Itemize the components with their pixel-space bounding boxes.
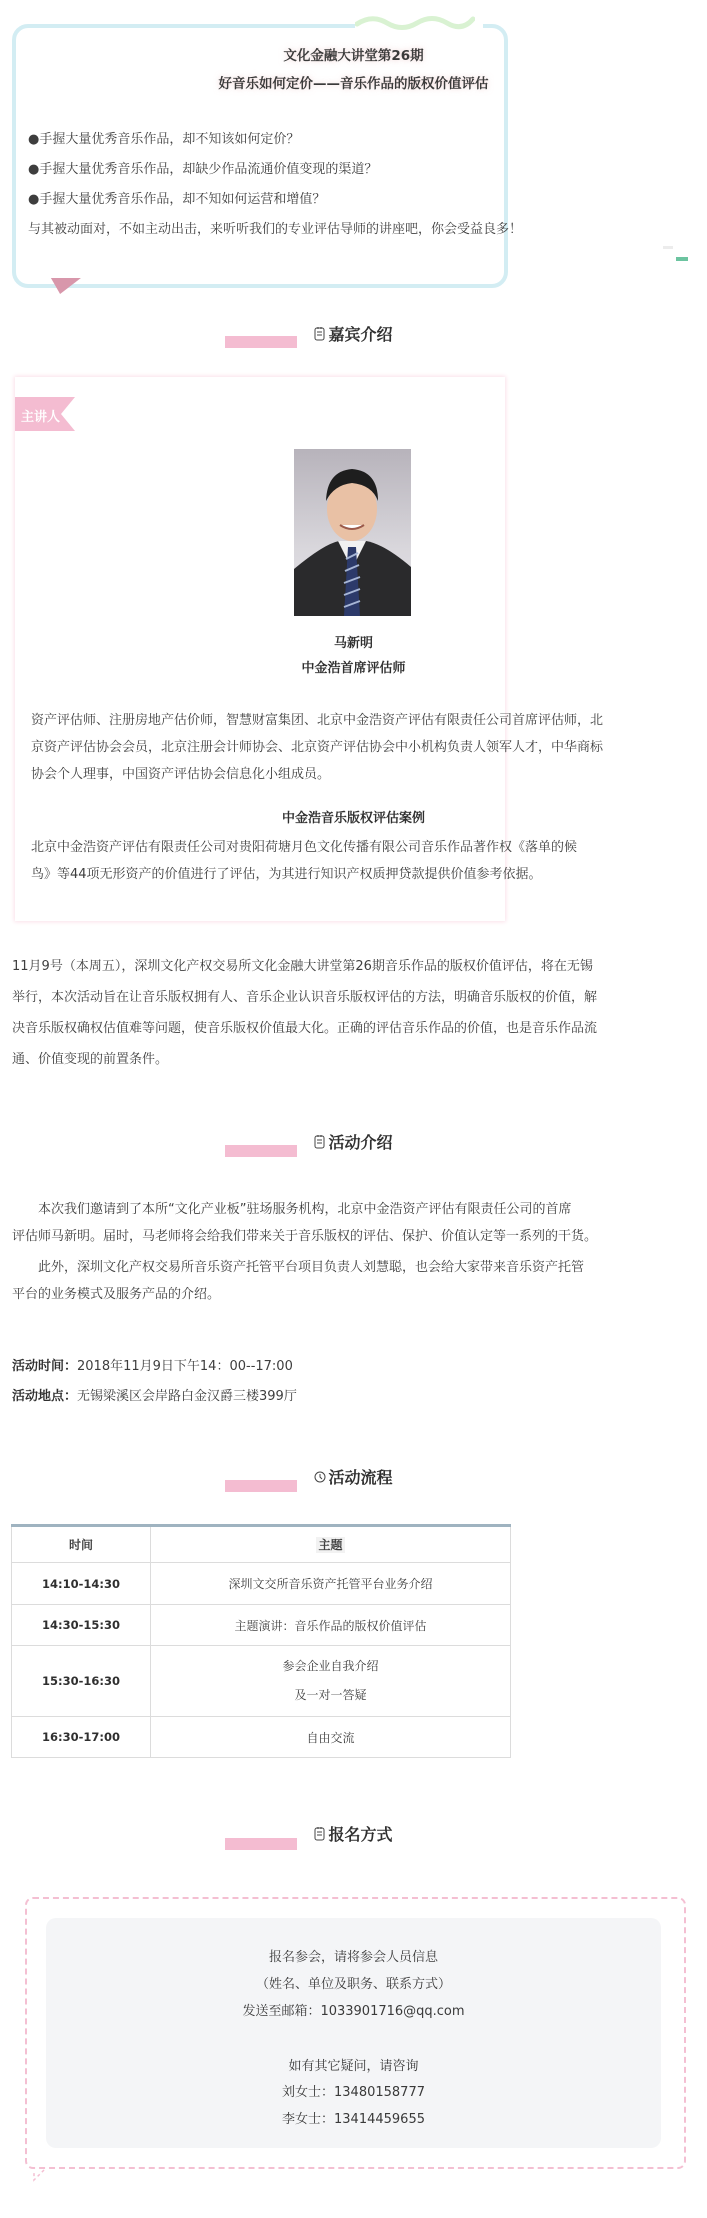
notepad-icon (314, 326, 326, 342)
case-line: 北京中金浩资产评估有限责任公司对贵阳荷塘月色文化传播有限公司音乐作品著作权《落单… (31, 834, 577, 861)
clock-icon (314, 1469, 326, 1485)
heading-highlight (225, 1838, 297, 1850)
summary-line: 11月9号（本周五），深圳文化产权交易所文化金融大讲堂第26期音乐作品的版权价值… (12, 951, 597, 982)
activity-line: 平台的业务模式及服务产品的介绍。 (12, 1281, 584, 1308)
activity-time-value: 2018年11月9日下午14：00--17:00 (77, 1359, 293, 1374)
time-cell: 14:10-14:30 (12, 1563, 151, 1605)
heading-highlight (225, 1480, 297, 1492)
activity-line: 本次我们邀请到了本所“文化产业板”驻场服务机构，北京中金浩资产评估有限责任公司的… (12, 1196, 597, 1223)
case-line: 鸟》等44项无形资产的价值进行了评估，为其进行知识产权质押贷款提供价值参考依据。 (31, 861, 577, 888)
intro-closing: 与其被动面对，不如主动出击，来听听我们的专业评估导师的讲座吧，你会受益良多！ (28, 218, 522, 237)
table-row: 15:30-16:30 参会企业自我介绍 及一对一答疑 (12, 1646, 511, 1717)
decor-dash (676, 257, 688, 261)
speaker-position: 中金浩首席评估师 (0, 657, 707, 676)
column-header-time: 时间 (12, 1526, 151, 1563)
schedule-table: 时间 主题 14:10-14:30 深圳文交所音乐资产托管平台业务介绍 14:3… (11, 1524, 511, 1758)
speaker-tag-label: 主讲人 (21, 406, 60, 425)
case-description: 北京中金浩资产评估有限责任公司对贵阳荷塘月色文化传播有限公司音乐作品著作权《落单… (31, 834, 577, 888)
activity-intro-2: 此外，深圳文化产权交易所音乐资产托管平台项目负责人刘慧聪，也会给大家带来音乐资产… (12, 1254, 584, 1308)
notepad-icon (314, 1826, 326, 1842)
summary-line: 决音乐版权确权估值难等问题，使音乐版权价值最大化。正确的评估音乐作品的价值，也是… (12, 1013, 597, 1044)
section-heading-schedule: 活动流程 (0, 1465, 707, 1495)
section-heading-guest: 嘉宾介绍 (0, 322, 707, 352)
table-row: 16:30-17:00 自由交流 (12, 1717, 511, 1758)
summary-line: 举行，本次活动旨在让音乐版权拥有人、音乐企业认识音乐版权评估的方法，明确音乐版权… (12, 982, 597, 1013)
column-header-topic: 主题 (151, 1526, 511, 1563)
section-title: 报名方式 (328, 1822, 392, 1845)
activity-line: 此外，深圳文化产权交易所音乐资产托管平台项目负责人刘慧聪，也会给大家带来音乐资产… (12, 1254, 584, 1281)
activity-place: 活动地点：无锡梁溪区会岸路白金汉爵三楼399厅 (12, 1385, 297, 1404)
registration-fields: （姓名、单位及职务、联系方式） (0, 1973, 707, 1992)
speaker-tag: 主讲人 (15, 397, 75, 431)
heading-highlight (225, 1145, 297, 1157)
wave-decoration-icon (355, 14, 475, 32)
intro-bullet: ●手握大量优秀音乐作品，却不知该如何定价？ (28, 128, 299, 147)
table-header-row: 时间 主题 (12, 1526, 511, 1563)
registration-instruction: 报名参会，请将参会人员信息 (0, 1946, 707, 1965)
event-series-title: 文化金融大讲堂第26期 (0, 44, 707, 64)
topic-cell: 深圳文交所音乐资产托管平台业务介绍 (151, 1563, 511, 1605)
table-row: 14:30-15:30 主题演讲：音乐作品的版权价值评估 (12, 1605, 511, 1646)
topic-cell: 主题演讲：音乐作品的版权价值评估 (151, 1605, 511, 1646)
time-cell: 16:30-17:00 (12, 1717, 151, 1758)
activity-time: 活动时间：2018年11月9日下午14：00--17:00 (12, 1355, 293, 1374)
table-row: 14:10-14:30 深圳文交所音乐资产托管平台业务介绍 (12, 1563, 511, 1605)
activity-place-label: 活动地点： (12, 1389, 77, 1404)
intro-bullet: ●手握大量优秀音乐作品，却不知如何运营和增值？ (28, 188, 325, 207)
notepad-icon (314, 1134, 326, 1150)
activity-line: 评估师马新明。届时，马老师将会给我们带来关于音乐版权的评估、保护、价值认定等一系… (12, 1223, 597, 1250)
summary-line: 通、价值变现的前置条件。 (12, 1044, 597, 1075)
event-title: 好音乐如何定价——音乐作品的版权价值评估 (0, 72, 707, 92)
activity-place-value: 无锡梁溪区会岸路白金汉爵三楼399厅 (77, 1389, 297, 1404)
heading-highlight (225, 336, 297, 348)
topic-cell: 参会企业自我介绍 及一对一答疑 (151, 1646, 511, 1717)
topic-cell: 自由交流 (151, 1717, 511, 1758)
section-heading-registration: 报名方式 (0, 1822, 707, 1852)
registration-email[interactable]: 发送至邮箱：1033901716@qq.com (0, 2000, 707, 2019)
bio-line: 协会个人理事，中国资产评估协会信息化小组成员。 (31, 761, 603, 788)
intro-bullet: ●手握大量优秀音乐作品，却缺少作品流通价值变现的渠道？ (28, 158, 377, 177)
section-title: 嘉宾介绍 (328, 322, 392, 345)
activity-time-label: 活动时间： (12, 1359, 77, 1374)
triangle-decoration-icon (45, 278, 81, 294)
section-title: 活动介绍 (328, 1130, 392, 1153)
section-title: 活动流程 (328, 1465, 392, 1488)
contact-liu[interactable]: 刘女士：13480158777 (0, 2081, 707, 2100)
time-cell: 15:30-16:30 (12, 1646, 151, 1717)
speech-tail-icon (32, 2168, 46, 2182)
case-title: 中金浩音乐版权评估案例 (0, 807, 707, 826)
speaker-bio: 资产评估师、注册房地产估价师，智慧财富集团、北京中金浩资产评估有限责任公司首席评… (31, 707, 603, 788)
activity-intro-1: 本次我们邀请到了本所“文化产业板”驻场服务机构，北京中金浩资产评估有限责任公司的… (12, 1196, 597, 1250)
time-cell: 14:30-15:30 (12, 1605, 151, 1646)
speaker-name: 马新明 (0, 632, 707, 651)
registration-inquiry: 如有其它疑问，请咨询 (0, 2055, 707, 2074)
decor-dash (663, 246, 673, 249)
bio-line: 资产评估师、注册房地产估价师，智慧财富集团、北京中金浩资产评估有限责任公司首席评… (31, 707, 603, 734)
bio-line: 京资产评估协会会员，北京注册会计师协会、北京资产评估协会中小机构负责人领军人才，… (31, 734, 603, 761)
section-heading-activity: 活动介绍 (0, 1130, 707, 1160)
contact-li[interactable]: 李女士：13414459655 (0, 2108, 707, 2127)
speaker-photo (294, 449, 411, 616)
event-summary: 11月9号（本周五），深圳文化产权交易所文化金融大讲堂第26期音乐作品的版权价值… (12, 951, 597, 1075)
